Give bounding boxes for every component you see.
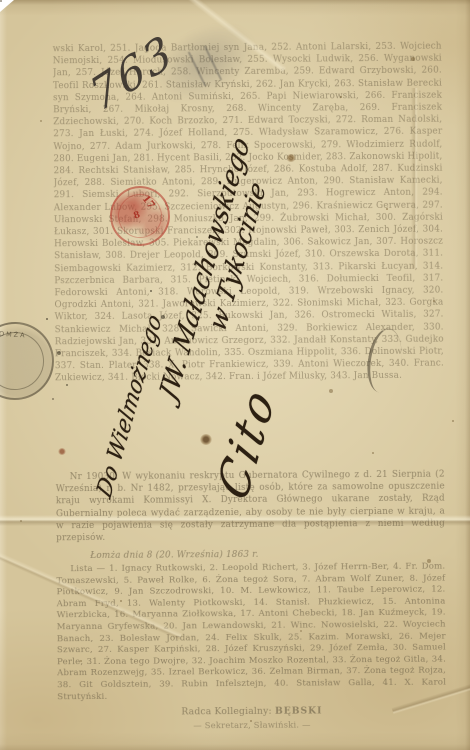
postmark-day: 17 — [140, 193, 157, 211]
printed-notice-paragraph: Nr 19030. W wykonaniu reskryptu Gubernat… — [56, 469, 446, 550]
torn-corner-notch — [0, 0, 14, 12]
stain-spot-upper — [286, 154, 296, 162]
letter-scan: wski Karol, 251. Jagoda Bartłomiej syn J… — [0, 0, 470, 750]
printed-lista-block: Lista — 1. Ignacy Rutkowski, 2. Leopold … — [56, 562, 446, 707]
printed-secretary-line: — Sekretarz, Sławiński. — — [57, 718, 446, 733]
vertical-crease — [411, 88, 418, 268]
horizontal-fold-crease — [0, 515, 470, 526]
official-name: BĘBSKI — [275, 705, 323, 716]
stain-spot-left — [58, 448, 66, 455]
lomza-stamp-label: ŁOMŻA — [0, 329, 27, 339]
postmark-month: 8 — [132, 210, 141, 221]
official-title: Radca Kollegialny: — [181, 706, 275, 718]
printed-text-layer: wski Karol, 251. Jagoda Bartłomiej syn J… — [0, 0, 470, 750]
ink-blot-center — [200, 434, 212, 445]
foxing-specks — [0, 0, 2, 2]
